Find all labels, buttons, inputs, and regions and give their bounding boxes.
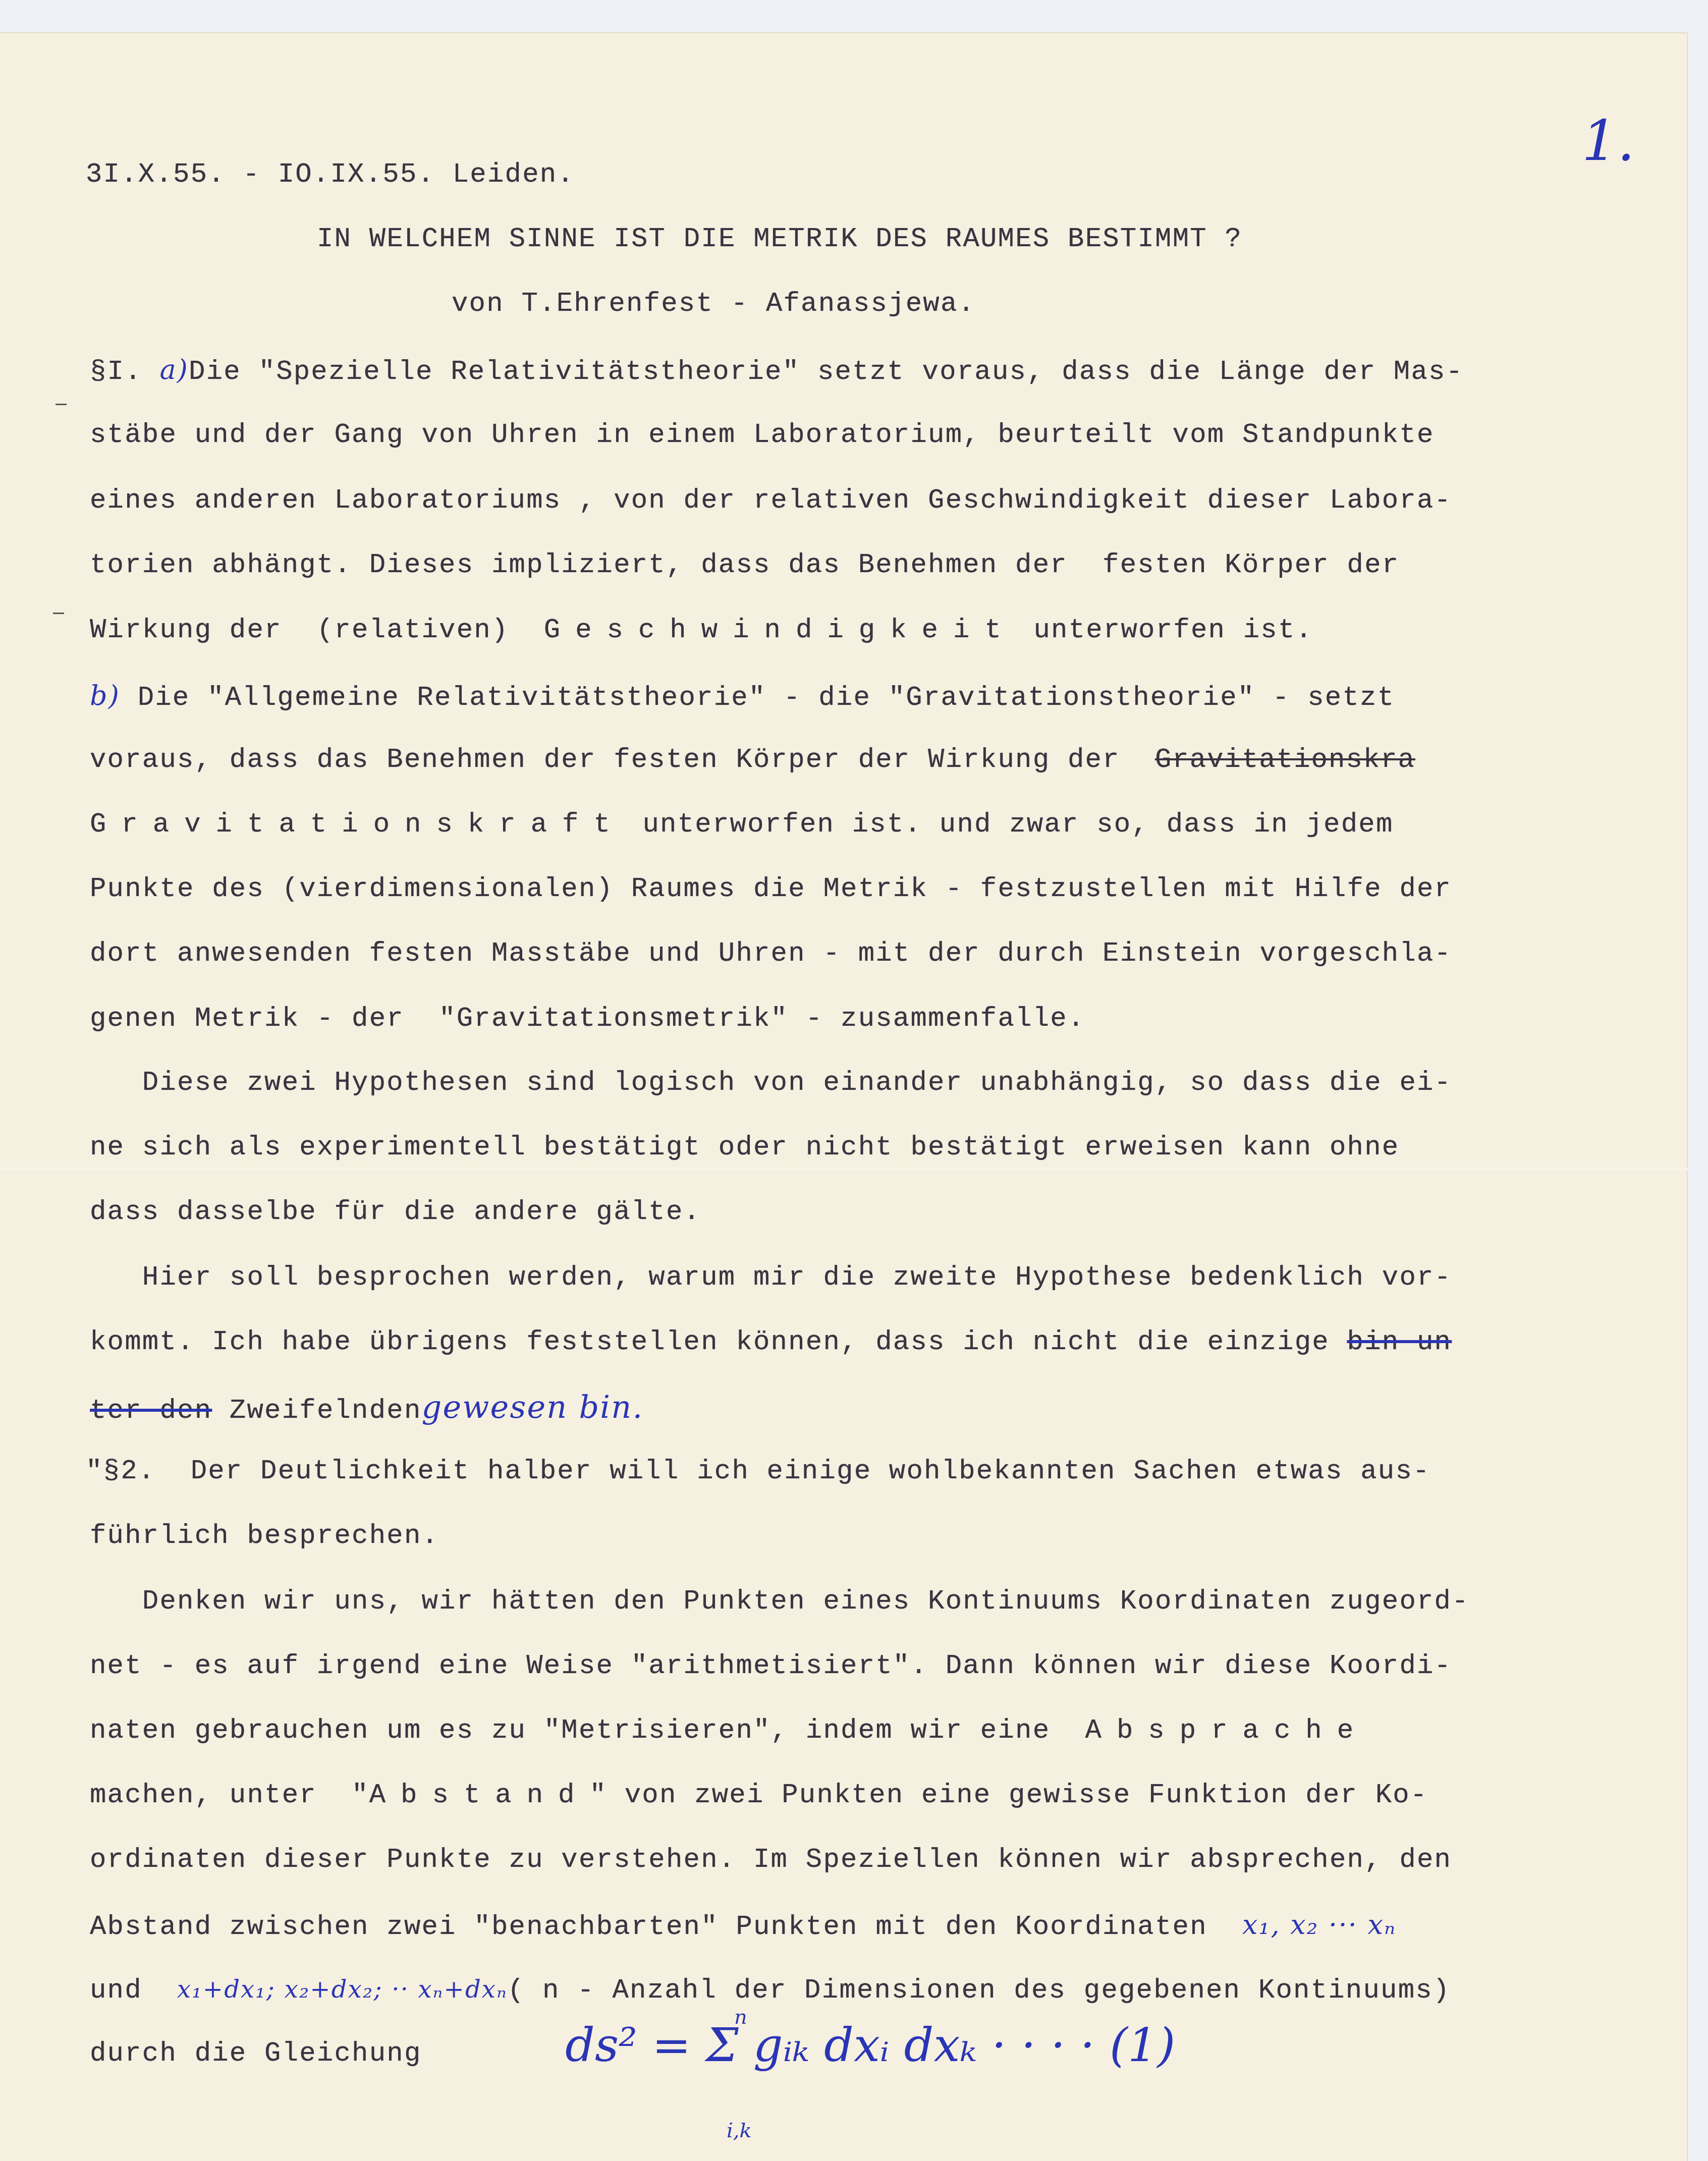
paragraph4-line-8: durch die Gleichung — [90, 2036, 422, 2072]
section1b-line-2: voraus, dass das Benehmen der festen Kör… — [90, 743, 1415, 778]
section-marker: §I. — [90, 357, 142, 387]
paper-fold-line — [0, 1168, 1688, 1171]
section1b-line-1: b) Die "Allgemeine Relativitätstheorie" … — [90, 678, 1395, 716]
paragraph3-line-3: ter den Zweifelndengewesen bin. — [90, 1390, 643, 1429]
document-title: IN WELCHEM SINNE IST DIE METRIK DES RAUM… — [317, 222, 1242, 257]
paragraph3-line-2: kommt. Ich habe übrigens feststellen kön… — [90, 1325, 1452, 1360]
text: voraus, dass das Benehmen der festen Kör… — [90, 745, 1155, 775]
text: Zweifelnden — [212, 1396, 421, 1426]
paragraph4-line-2: net - es auf irgend eine Weise "arithmet… — [90, 1649, 1452, 1684]
section2-line-1: "§2. Der Deutlichkeit halber will ich ei… — [86, 1454, 1430, 1489]
section1b-line-5: dort anwesenden festen Masstäbe und Uhre… — [90, 936, 1452, 972]
section1b-line-6: genen Metrik - der "Gravitationsmetrik" … — [90, 1002, 1085, 1037]
paragraph2-line-1: Diese zwei Hypothesen sind logisch von e… — [90, 1066, 1452, 1101]
spaced-word-absprache: Absprache — [1085, 1715, 1369, 1746]
paragraph4-line-5: ordinaten dieser Punkte zu verstehen. Im… — [90, 1843, 1452, 1878]
sum-lower-limit: i,k — [727, 2119, 752, 2142]
section2-line-2: führlich besprechen. — [90, 1519, 439, 1554]
paragraph4-line-1: Denken wir uns, wir hätten den Punkten e… — [90, 1584, 1469, 1620]
spaced-word-abstand: Abstand — [369, 1780, 590, 1811]
paragraph2-line-2: ne sich als experimentell bestätigt oder… — [90, 1130, 1399, 1166]
date-line: 3I.X.55. - IO.IX.55. Leiden. — [86, 157, 575, 193]
section1-line-3: eines anderen Laboratoriums , von der re… — [90, 483, 1452, 519]
section1b-line-4: Punkte des (vierdimensionalen) Raumes di… — [90, 872, 1452, 907]
text: Die "Allgemeine Relativitätstheorie" - d… — [138, 683, 1395, 713]
text: Die "Spezielle Relativitätstheorie" setz… — [189, 357, 1463, 387]
text: und — [90, 1975, 177, 2006]
paragraph2-line-3: dass dasselbe für die andere gälte. — [90, 1195, 701, 1230]
page-number-handwritten: 1. — [1582, 108, 1635, 173]
section1-line-1: §I. a)Die "Spezielle Relativitätstheorie… — [90, 352, 1463, 390]
pen-strikeout: ter den — [90, 1396, 212, 1426]
text: ( n - Anzahl der Dimensionen des gegeben… — [508, 1975, 1451, 2006]
handwritten-coordinates: x₁, x₂ ··· xₙ — [1242, 1909, 1396, 1941]
text: unterworfen ist. — [1016, 615, 1313, 646]
author-line: von T.Ehrenfest - Afanassjewa. — [452, 287, 975, 322]
section1b-line-3: Gravitationskraft unterworfen ist. und z… — [90, 807, 1394, 843]
handwritten-label-b: b) — [90, 680, 120, 711]
paragraph4-line-3: naten gebrauchen um es zu "Metrisieren",… — [90, 1713, 1368, 1749]
section1-line-4: torien abhängt. Dieses impliziert, dass … — [90, 548, 1399, 583]
pen-strikeout: bin un — [1347, 1327, 1452, 1358]
paragraph4-line-4: machen, unter "Abstand" von zwei Punkten… — [90, 1778, 1428, 1813]
spaced-word-gravitationskraft: Gravitationskraft — [90, 809, 625, 840]
handwritten-insertion: gewesen bin. — [422, 1389, 644, 1425]
section1-line-2: stäbe und der Gang von Uhren in einem La… — [90, 418, 1435, 453]
margin-mark — [53, 613, 64, 614]
paragraph4-line-7: und x₁+dx₁; x₂+dx₂; ·· xₙ+dxₙ( n - Anzah… — [90, 1972, 1450, 2009]
section1-line-5: Wirkung der (relativen) Geschwindigkeit … — [90, 613, 1313, 648]
handwritten-label-a: a) — [159, 354, 189, 385]
margin-mark — [56, 404, 67, 405]
paragraph4-line-6: Abstand zwischen zwei "benachbarten" Pun… — [90, 1907, 1396, 1945]
text: naten gebrauchen um es zu "Metrisieren",… — [90, 1715, 1085, 1746]
text: machen, unter " — [90, 1780, 369, 1811]
handwritten-equation: ds² = Σ gᵢₖ dxᵢ dxₖ · · · · (1) — [565, 2018, 1175, 2072]
sum-upper-limit: n — [734, 2006, 747, 2029]
typed-strikeout-word: Gravitationskra — [1155, 745, 1415, 775]
text: Abstand zwischen zwei "benachbarten" Pun… — [90, 1912, 1242, 1943]
handwritten-neighbor-coordinates: x₁+dx₁; x₂+dx₂; ·· xₙ+dxₙ — [177, 1975, 508, 2004]
text: Wirkung der (relativen) — [90, 615, 544, 646]
text: " von zwei Punkten eine gewisse Funktion… — [590, 1780, 1428, 1811]
paragraph3-line-1: Hier soll besprochen werden, warum mir d… — [90, 1260, 1452, 1296]
text: kommt. Ich habe übrigens feststellen kön… — [90, 1327, 1347, 1358]
text: unterworfen ist. und zwar so, dass in je… — [625, 809, 1394, 840]
spaced-word-geschwindigkeit: Geschwindigkeit — [544, 615, 1016, 646]
